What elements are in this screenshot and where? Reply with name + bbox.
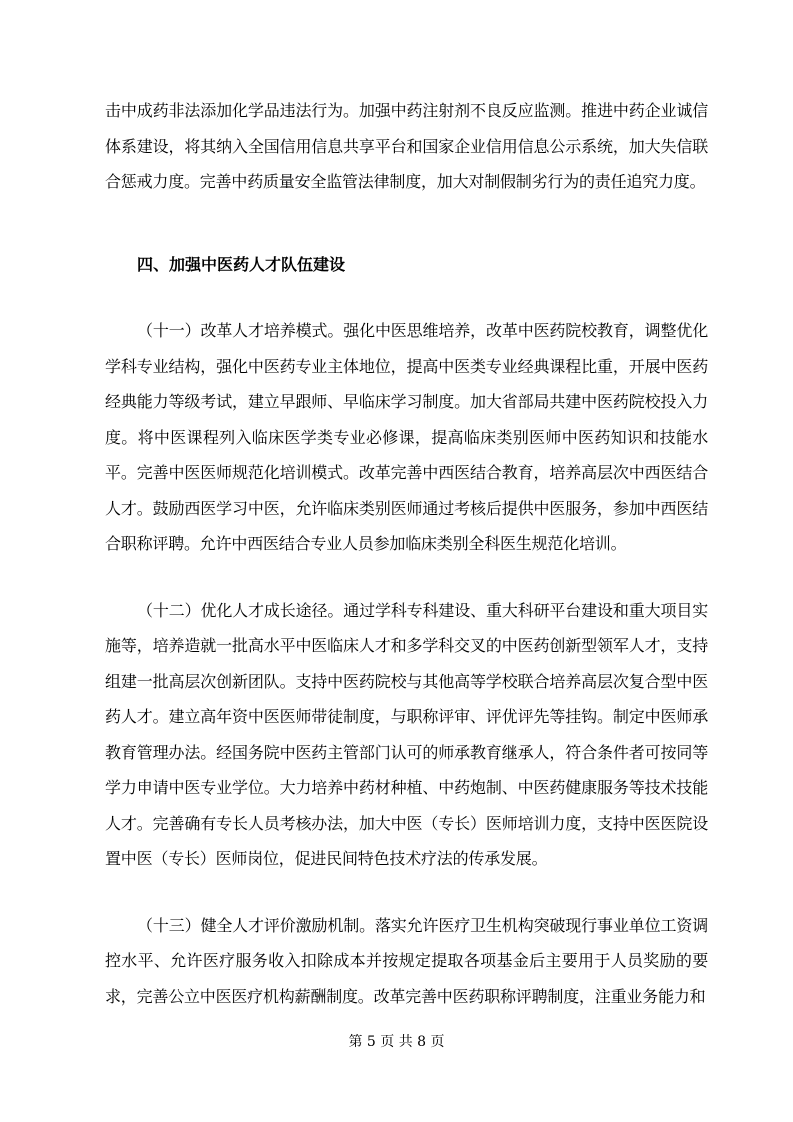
paragraph-item-12: （十二）优化人才成长途径。通过学科专科建设、重大科研平台建设和重大项目实施等，培… — [105, 593, 708, 877]
page-number-footer: 第 5 页 共 8 页 — [0, 1032, 793, 1053]
paragraph-item-13: （十三）健全人才评价激励机制。落实允许医疗卫生机构突破现行事业单位工资调控水平、… — [105, 908, 708, 1015]
section-heading-4: 四、加强中医药人才队伍建设 — [105, 247, 708, 283]
document-body: 击中成药非法添加化学品违法行为。加强中药注射剂不良反应监测。推进中药企业诚信体系… — [105, 93, 708, 1045]
paragraph-item-11: （十一）改革人才培养模式。强化中医思维培养，改革中医药院校教育，调整优化学科专业… — [105, 313, 708, 562]
document-page: 击中成药非法添加化学品违法行为。加强中药注射剂不良反应监测。推进中药企业诚信体系… — [0, 0, 793, 1122]
paragraph-continuation: 击中成药非法添加化学品违法行为。加强中药注射剂不良反应监测。推进中药企业诚信体系… — [105, 93, 708, 200]
